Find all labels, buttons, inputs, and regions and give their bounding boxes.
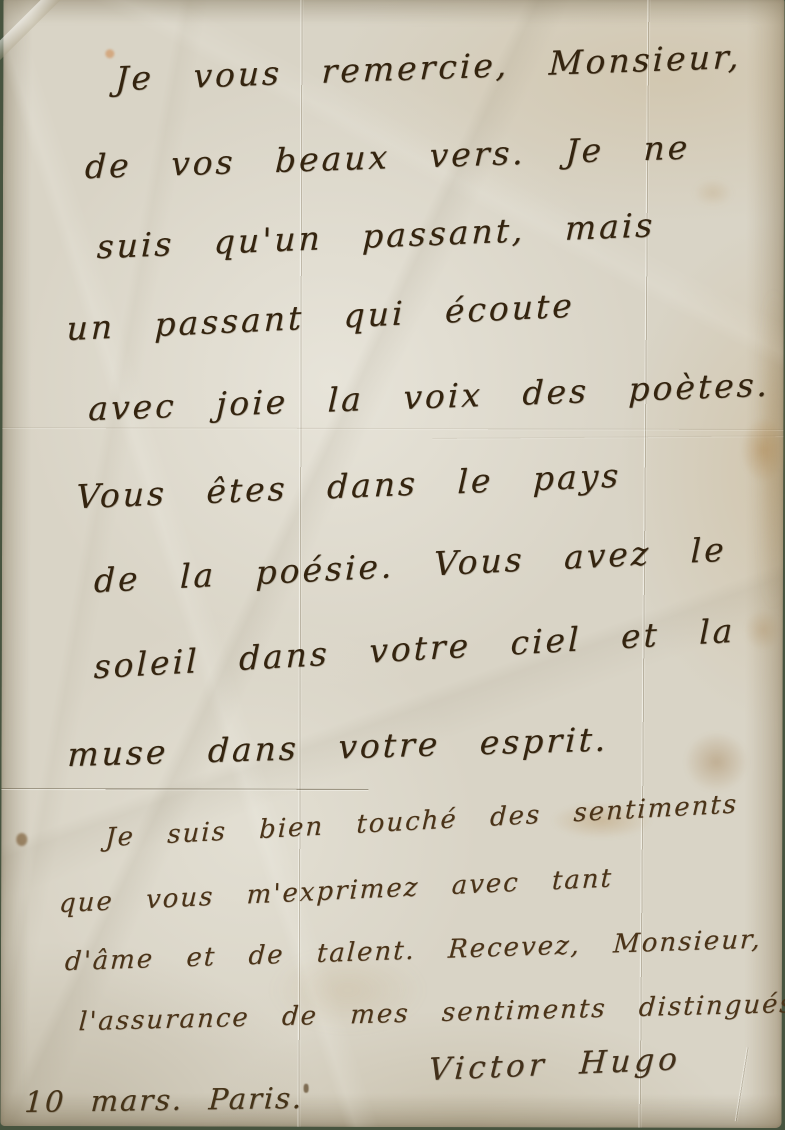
signature-victor-hugo: Victor Hugo <box>428 1041 682 1088</box>
edge-discoloration <box>758 289 785 609</box>
handwriting-line-2: de vos beaux vers. Je ne <box>84 128 691 187</box>
handwriting-line-4: un passant qui écoute <box>66 286 575 349</box>
ink-stain <box>740 417 785 483</box>
horizontal-fold-crease-upper-right <box>432 435 783 440</box>
letter-paper: Je vous remercie, Monsieur, de vos beaux… <box>1 0 785 1128</box>
ink-spot <box>105 49 114 58</box>
horizontal-fold-crease-upper <box>2 427 783 431</box>
ink-spot <box>304 1084 309 1093</box>
handwriting-line-11: que vous m'exprimez avec tant <box>58 863 613 919</box>
ink-stain <box>744 609 782 651</box>
folded-corner-top-left <box>0 0 76 62</box>
horizontal-fold-crease-lower <box>1 788 368 791</box>
handwriting-line-5: avec joie la voix des poètes. <box>88 365 771 428</box>
scanned-letter: Je vous remercie, Monsieur, de vos beaux… <box>0 0 785 1130</box>
handwriting-line-12: d'âme et de talent. Recevez, Monsieur, <box>64 925 763 978</box>
handwriting-line-9: muse dans votre esprit. <box>67 720 610 775</box>
paper-discoloration <box>693 179 733 207</box>
handwriting-line-3: suis qu'un passant, mais <box>96 205 656 266</box>
handwriting-line-13: l'assurance de mes sentiments distingués <box>78 989 785 1037</box>
ink-spot <box>16 833 27 846</box>
handwriting-line-6: Vous êtes dans le pays <box>76 456 622 516</box>
handwriting-line-8: soleil dans votre ciel et la <box>93 611 735 687</box>
ink-stain <box>684 732 748 792</box>
dateline: 10 mars. Paris. <box>24 1081 305 1119</box>
corner-crease-bottom-right <box>735 1047 750 1122</box>
handwriting-line-7: de la poésie. Vous avez le <box>94 530 728 601</box>
